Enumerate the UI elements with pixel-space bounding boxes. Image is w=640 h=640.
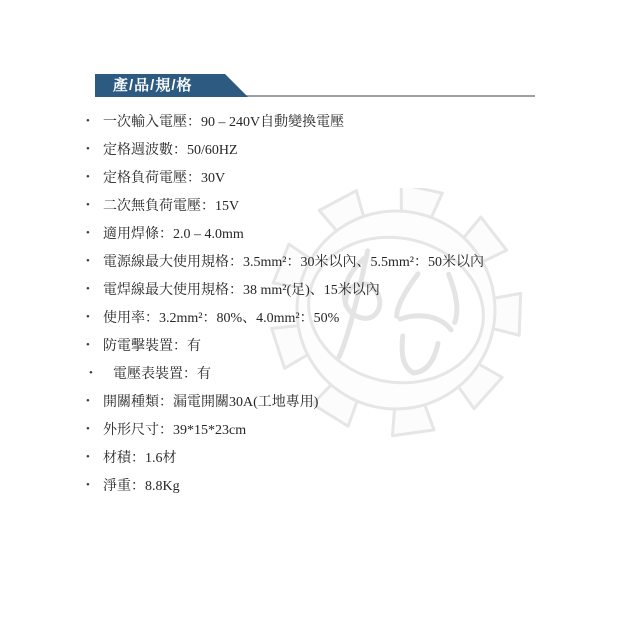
spec-item-volume: • 材積：1.6材 bbox=[86, 443, 556, 471]
section-title: 產/品/規/格 bbox=[95, 74, 248, 97]
bullet-icon: • bbox=[86, 339, 103, 351]
bullet-icon: • bbox=[86, 311, 103, 323]
bullet-icon: • bbox=[86, 227, 103, 239]
spec-text: 定格週波數：50/60HZ bbox=[103, 139, 238, 159]
bullet-icon: • bbox=[86, 367, 106, 379]
spec-text: 外形尺寸：39*15*23cm bbox=[103, 419, 246, 439]
spec-text: 二次無負荷電壓：15V bbox=[103, 195, 239, 215]
bullet-icon: • bbox=[86, 283, 103, 295]
spec-item-power-cord-spec: • 電源線最大使用規格：3.5mm²：30米以內、5.5mm²：50米以內 bbox=[86, 247, 556, 275]
spec-item-dimensions: • 外形尺寸：39*15*23cm bbox=[86, 415, 556, 443]
spec-item-rated-load-voltage: • 定格負荷電壓：30V bbox=[86, 163, 556, 191]
spec-item-anti-shock-device: • 防電擊裝置：有 bbox=[86, 331, 556, 359]
spec-text: 淨重：8.8Kg bbox=[103, 475, 180, 495]
section-header-ribbon: 產/品/規/格 bbox=[95, 74, 248, 97]
spec-text: 適用焊條：2.0 – 4.0mm bbox=[103, 223, 244, 243]
spec-text: 使用率：3.2mm²：80%、4.0mm²：50% bbox=[103, 307, 339, 327]
spec-item-frequency: • 定格週波數：50/60HZ bbox=[86, 135, 556, 163]
spec-text: 電源線最大使用規格：3.5mm²：30米以內、5.5mm²：50米以內 bbox=[103, 251, 484, 271]
spec-text: 定格負荷電壓：30V bbox=[103, 167, 225, 187]
bullet-icon: • bbox=[86, 479, 103, 491]
spec-item-electrode-size: • 適用焊條：2.0 – 4.0mm bbox=[86, 219, 556, 247]
bullet-icon: • bbox=[86, 451, 103, 463]
spec-item-net-weight: • 淨重：8.8Kg bbox=[86, 471, 556, 499]
spec-item-welding-cable-spec: • 電焊線最大使用規格：38 mm²(足)、15米以內 bbox=[86, 275, 556, 303]
spec-item-voltmeter-device: • 電壓表裝置：有 bbox=[86, 359, 556, 387]
spec-item-input-voltage: • 一次輸入電壓：90 – 240V自動變換電壓 bbox=[86, 107, 556, 135]
spec-text: 電壓表裝置：有 bbox=[106, 363, 211, 383]
spec-text: 材積：1.6材 bbox=[103, 447, 177, 467]
spec-text: 開關種類：漏電開關30A(工地專用) bbox=[103, 391, 318, 411]
bullet-icon: • bbox=[86, 143, 103, 155]
bullet-icon: • bbox=[86, 395, 103, 407]
bullet-icon: • bbox=[86, 171, 103, 183]
bullet-icon: • bbox=[86, 255, 103, 267]
spec-text: 防電擊裝置：有 bbox=[103, 335, 201, 355]
spec-item-switch-type: • 開關種類：漏電開關30A(工地專用) bbox=[86, 387, 556, 415]
product-spec-page: 產/品/規/格 • 一次輸入電壓：90 – 240V自動變換電壓 • 定格週波數… bbox=[0, 0, 640, 640]
spec-item-duty-cycle: • 使用率：3.2mm²：80%、4.0mm²：50% bbox=[86, 303, 556, 331]
bullet-icon: • bbox=[86, 423, 103, 435]
bullet-icon: • bbox=[86, 199, 103, 211]
spec-text: 電焊線最大使用規格：38 mm²(足)、15米以內 bbox=[103, 279, 380, 299]
spec-item-no-load-voltage: • 二次無負荷電壓：15V bbox=[86, 191, 556, 219]
bullet-icon: • bbox=[86, 115, 103, 127]
spec-list: • 一次輸入電壓：90 – 240V自動變換電壓 • 定格週波數：50/60HZ… bbox=[86, 107, 556, 499]
spec-text: 一次輸入電壓：90 – 240V自動變換電壓 bbox=[103, 111, 344, 131]
